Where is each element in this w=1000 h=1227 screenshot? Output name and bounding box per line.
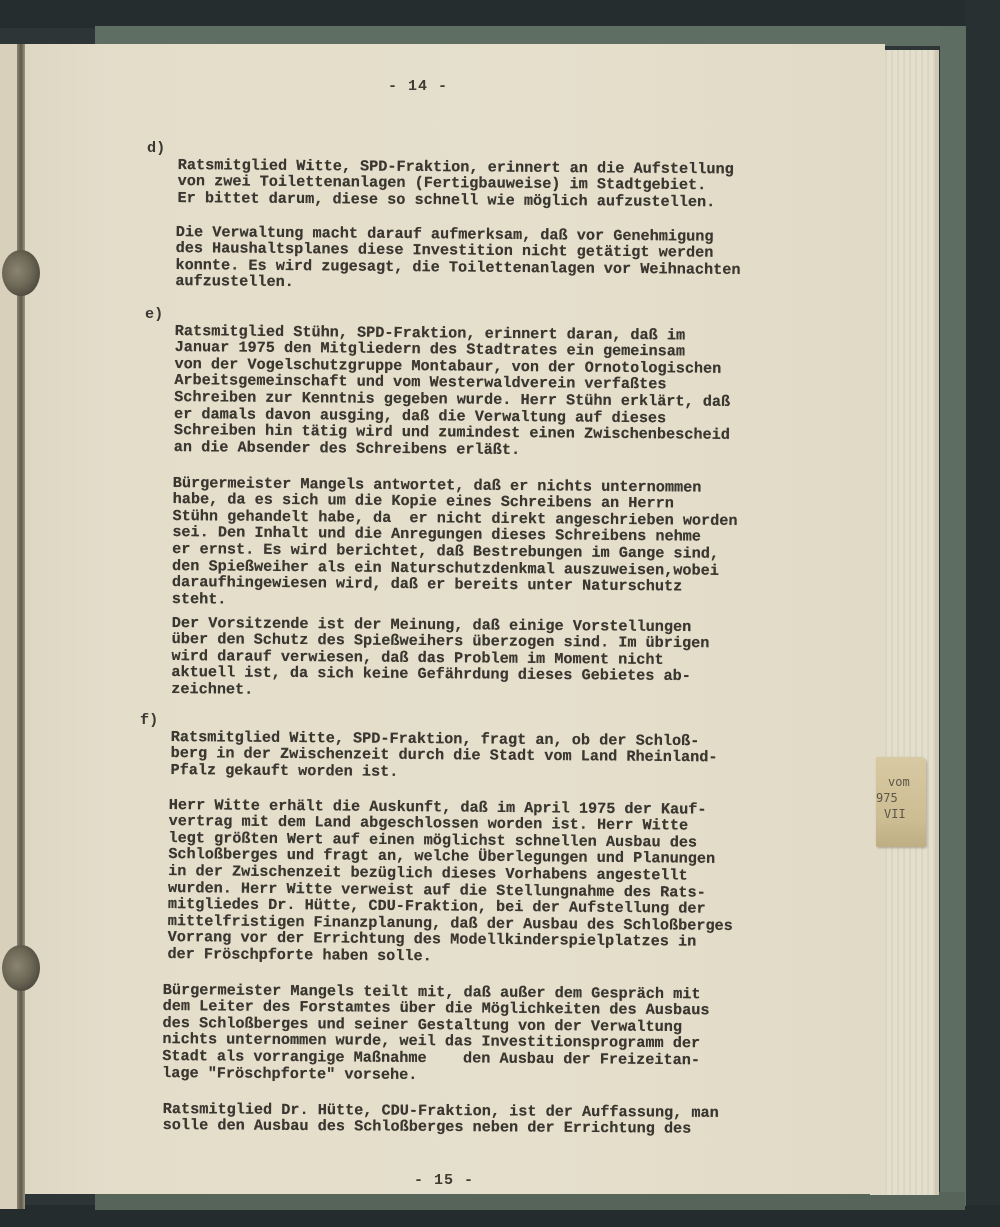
binder-inner-top bbox=[95, 26, 965, 46]
binder-cover-top bbox=[0, 0, 1000, 28]
section-e-paragraph-1: Ratsmitglied Stühn, SPD-Fraktion, erinne… bbox=[174, 306, 731, 460]
binder-inner-right bbox=[940, 26, 966, 1206]
section-f-paragraph-2: Herr Witte erhält die Auskunft, daß im A… bbox=[167, 780, 734, 967]
index-tab[interactable]: vom 975 VII bbox=[876, 757, 926, 847]
tab-label-line2: 975 bbox=[876, 791, 898, 805]
section-f-paragraph-3: Bürgermeister Mangels teilt mit, daß auß… bbox=[162, 965, 710, 1085]
section-label-f: f) bbox=[140, 712, 158, 729]
section-d-paragraph-1: Ratsmitglied Witte, SPD-Fraktion, erinne… bbox=[177, 140, 733, 211]
binder-cover-right bbox=[966, 0, 1000, 1227]
section-f-paragraph-4: Ratsmitglied Dr. Hütte, CDU-Fraktion, is… bbox=[163, 1084, 719, 1138]
section-e-paragraph-2: Bürgermeister Mangels antwortet, daß er … bbox=[172, 458, 738, 612]
binder-inner-bottom bbox=[95, 1192, 965, 1210]
section-d-paragraph-2: Die Verwaltung macht darauf aufmerksam, … bbox=[175, 207, 741, 295]
page-number-bottom: - 15 - bbox=[414, 1172, 474, 1189]
text-line: solle den Ausbau des Schloßberges neben … bbox=[163, 1117, 719, 1137]
section-e-paragraph-3: Der Vorsitzende ist der Meinung, daß ein… bbox=[171, 598, 709, 702]
section-f-paragraph-1: Ratsmitglied Witte, SPD-Fraktion, fragt … bbox=[170, 712, 717, 783]
binder-ring-hole-icon bbox=[2, 250, 40, 296]
page-stack-edge bbox=[935, 50, 939, 1195]
section-label-d: d) bbox=[147, 140, 165, 157]
binder-spine bbox=[17, 44, 25, 1209]
page-number-top: - 14 - bbox=[388, 78, 448, 95]
tab-label-line1: vom bbox=[888, 775, 910, 789]
tab-label-line3: VII bbox=[884, 807, 906, 821]
left-page-edge bbox=[0, 44, 17, 1209]
binder-ring-hole-icon bbox=[2, 945, 40, 991]
section-label-e: e) bbox=[145, 306, 163, 323]
